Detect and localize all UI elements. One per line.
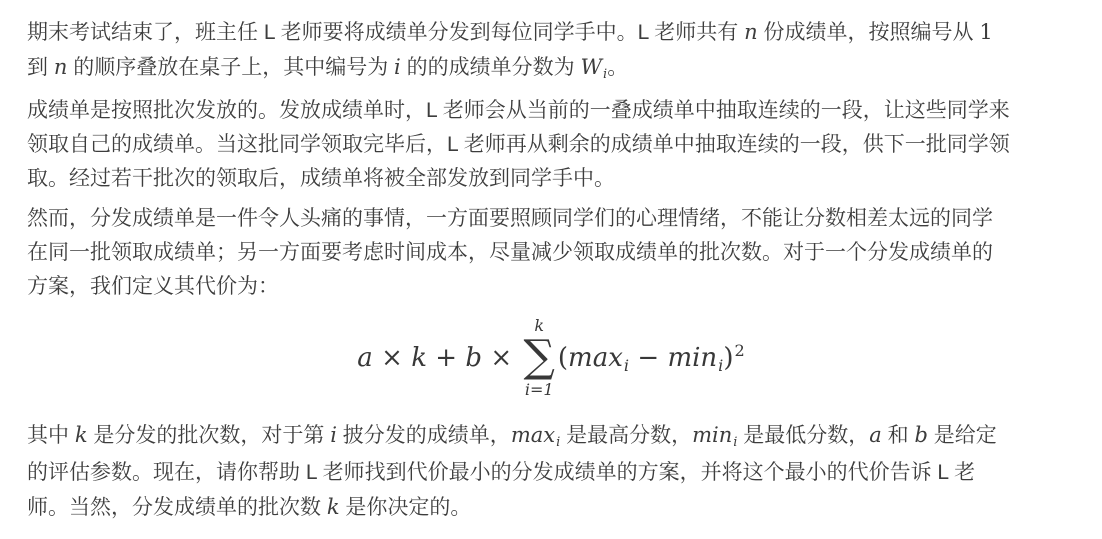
text-run: 是最高分数， <box>560 424 692 447</box>
text-line: 期末考试结束了，班主任 L 老师要将成绩单分发到每位同学手中。L 老师共有 n … <box>27 15 1075 50</box>
text-run: 在同一批领取成绩单；另一方面要考虑时间成本，尽量减少领取成绩单的批次数。对于一个… <box>27 241 993 264</box>
text-run: 。 <box>607 56 628 79</box>
text-run: 披分发的成绩单， <box>337 424 511 447</box>
math-var: Wi <box>580 55 607 79</box>
math-subscript: i <box>556 435 560 450</box>
math-operator: + <box>435 343 457 373</box>
text-run: 其中 <box>27 424 75 447</box>
summation: k ∑ i=1 <box>523 318 554 398</box>
formula-suffix: (maxi−mini)2 <box>558 343 745 373</box>
paragraph: 成绩单是按照批次发放的。发放成绩单时，L 老师会从当前的一叠成绩单中抽取连续的一… <box>27 94 1075 196</box>
math-number: 1 <box>979 20 992 44</box>
math-var: b <box>465 343 482 373</box>
text-line: 成绩单是按照批次发放的。发放成绩单时，L 老师会从当前的一叠成绩单中抽取连续的一… <box>27 94 1075 128</box>
text-run: 是最低分数， <box>737 424 869 447</box>
text-run: 份成绩单，按照编号从 <box>758 21 980 44</box>
math-subscript: i <box>603 67 607 82</box>
formula-row: a×k+b× k ∑ i=1 (maxi−mini)2 <box>357 318 744 398</box>
math-operator: × <box>381 343 403 373</box>
text-run: 的顺序叠放在桌子上，其中编号为 <box>67 56 394 79</box>
math-var: n <box>54 55 68 79</box>
sigma-icon: ∑ <box>523 337 554 377</box>
text-line: 到 n 的顺序叠放在桌子上，其中编号为 i 的的成绩单分数为 Wi。 <box>27 50 1075 88</box>
statement-paragraphs-bottom: 其中 k 是分发的批次数，对于第 i 披分发的成绩单，maxi 是最高分数，mi… <box>27 418 1075 525</box>
text-run: 师。当然，分发成绩单的批次数 <box>27 496 327 519</box>
math-subscript: i <box>718 356 723 375</box>
sum-lower-limit: i=1 <box>525 382 554 398</box>
math-subscript: i <box>624 356 629 375</box>
math-subscript: i <box>733 435 737 450</box>
text-line: 在同一批领取成绩单；另一方面要考虑时间成本，尽量减少领取成绩单的批次数。对于一个… <box>27 236 1075 270</box>
text-line: 师。当然，分发成绩单的批次数 k 是你决定的。 <box>27 490 1075 525</box>
paragraph: 然而，分发成绩单是一件令人头痛的事情，一方面要照顾同学们的心理情绪，不能让分数相… <box>27 202 1075 304</box>
text-run: 然而，分发成绩单是一件令人头痛的事情，一方面要照顾同学们的心理情绪，不能让分数相… <box>27 207 993 230</box>
text-run: 是给定 <box>928 424 997 447</box>
math-var: k <box>75 423 88 447</box>
text-run: 是你决定的。 <box>340 496 472 519</box>
text-line: 的评估参数。现在，请你帮助 L 老师找到代价最小的分发成绩单的方案，并将这个最小… <box>27 456 1075 490</box>
text-run: 的的成绩单分数为 <box>401 56 581 79</box>
math-operator: ( <box>558 343 568 373</box>
math-operator: − <box>637 343 659 373</box>
statement-paragraphs-top: 期末考试结束了，班主任 L 老师要将成绩单分发到每位同学手中。L 老师共有 n … <box>27 15 1075 304</box>
text-run: 和 <box>882 424 915 447</box>
math-var: i <box>330 423 337 447</box>
math-superscript: 2 <box>734 341 744 360</box>
math-var: b <box>914 423 927 447</box>
text-run: 领取自己的成绩单。当这批同学领取完毕后，L 老师再从剩余的成绩单中抽取连续的一段… <box>27 133 1010 156</box>
math-var: mini <box>667 343 723 373</box>
paragraph: 其中 k 是分发的批次数，对于第 i 披分发的成绩单，maxi 是最高分数，mi… <box>27 418 1075 525</box>
math-var: a <box>357 343 373 373</box>
text-run: 方案，我们定义其代价为： <box>27 275 279 298</box>
math-var: n <box>744 20 758 44</box>
text-run: 的评估参数。现在，请你帮助 L 老师找到代价最小的分发成绩单的方案，并将这个最小… <box>27 461 975 484</box>
text-line: 领取自己的成绩单。当这批同学领取完毕后，L 老师再从剩余的成绩单中抽取连续的一段… <box>27 128 1075 162</box>
text-run: 到 <box>27 56 54 79</box>
math-var: maxi <box>568 343 629 373</box>
text-run: 期末考试结束了，班主任 L 老师要将成绩单分发到每位同学手中。L 老师共有 <box>27 21 744 44</box>
text-line: 其中 k 是分发的批次数，对于第 i 披分发的成绩单，maxi 是最高分数，mi… <box>27 418 1075 456</box>
math-var: k <box>411 343 427 373</box>
text-line: 取。经过若干批次的领取后，成绩单将被全部发放到同学手中。 <box>27 162 1075 196</box>
paragraph: 期末考试结束了，班主任 L 老师要将成绩单分发到每位同学手中。L 老师共有 n … <box>27 15 1075 88</box>
text-line: 方案，我们定义其代价为： <box>27 270 1075 304</box>
cost-formula: a×k+b× k ∑ i=1 (maxi−mini)2 <box>27 318 1075 398</box>
math-operator: )2 <box>723 343 744 373</box>
math-var: a <box>869 423 882 447</box>
math-var: k <box>327 495 340 519</box>
math-var: mini <box>692 423 737 447</box>
math-var: i <box>394 55 401 79</box>
formula-prefix: a×k+b× <box>357 343 520 373</box>
text-line: 然而，分发成绩单是一件令人头痛的事情，一方面要照顾同学们的心理情绪，不能让分数相… <box>27 202 1075 236</box>
text-run: 是分发的批次数，对于第 <box>88 424 331 447</box>
text-run: 取。经过若干批次的领取后，成绩单将被全部发放到同学手中。 <box>27 167 615 190</box>
problem-statement: 期末考试结束了，班主任 L 老师要将成绩单分发到每位同学手中。L 老师共有 n … <box>0 0 1102 525</box>
math-var: maxi <box>511 423 560 447</box>
math-operator: × <box>490 343 512 373</box>
text-run: 成绩单是按照批次发放的。发放成绩单时，L 老师会从当前的一叠成绩单中抽取连续的一… <box>27 99 1010 122</box>
